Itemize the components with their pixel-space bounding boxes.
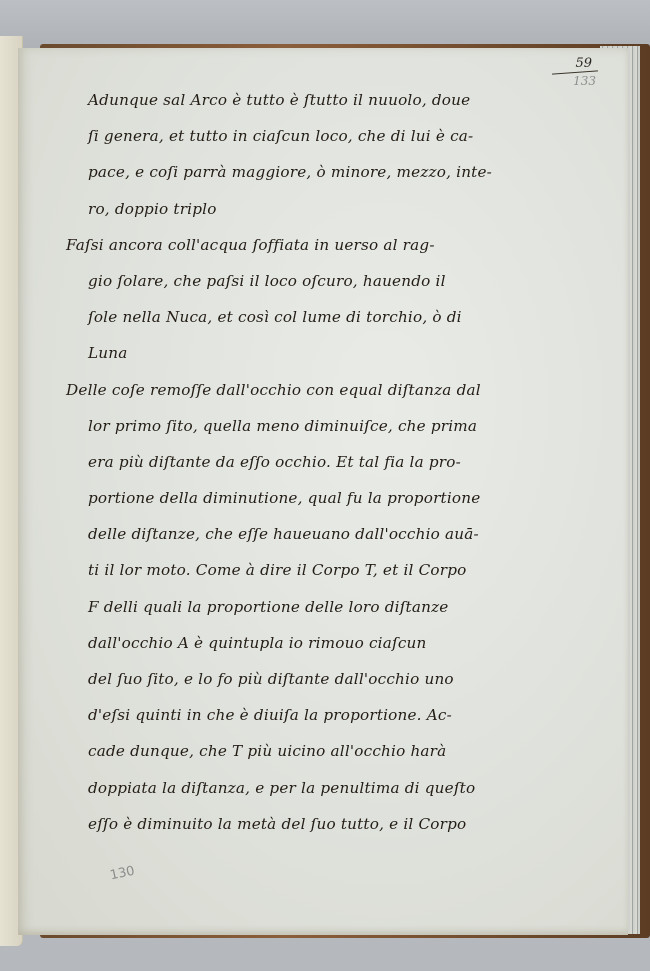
text-line: era più diſtante da eſſo occhio. Et tal …	[66, 444, 516, 480]
text-line: lor primo ſito, quella meno diminuiſce, …	[66, 408, 516, 444]
text-line: cade dunque, che T più uicino all'occhio…	[66, 733, 516, 769]
text-line: eſſo è diminuito la metà del ſuo tutto, …	[66, 806, 516, 842]
text-line: delle diſtanze, che eſſe haueuano dall'o…	[66, 516, 516, 552]
text-line: Adunque sal Arco è tutto è ſtutto il nuu…	[66, 82, 516, 118]
text-line: pace, e coſi parrà maggiore, ò minore, m…	[66, 154, 516, 190]
text-line: ro, doppio triplo	[66, 191, 516, 227]
manuscript-text: Adunque sal Arco è tutto è ſtutto il nuu…	[66, 82, 516, 842]
text-line: d'eſsi quinti in che è diuiſa la proport…	[66, 697, 516, 733]
text-line: dall'occhio A è quintupla io rimouo ciaſ…	[66, 625, 516, 661]
text-line: doppiata la diſtanza, e per la penultima…	[66, 770, 516, 806]
text-line: ti il lor moto. Come à dire il Corpo T, …	[66, 552, 516, 588]
paragraph-start-line: Delle coſe remoſſe dall'occhio con equal…	[66, 372, 516, 408]
text-line: ſi genera, et tutto in ciaſcun loco, che…	[66, 118, 516, 154]
text-line: gio ſolare, che paſsi il loco oſcuro, ha…	[66, 263, 516, 299]
text-line: Luna	[66, 335, 516, 371]
folio-old: 133	[552, 74, 598, 88]
text-line: F delli quali la proportione delle loro …	[66, 589, 516, 625]
text-line: ſole nella Nuca, et così col lume di tor…	[66, 299, 516, 335]
background-top	[0, 0, 650, 50]
background-bottom	[0, 935, 650, 971]
paragraph-start-line: Faſsi ancora coll'acqua ſoffiata in uers…	[66, 227, 516, 263]
text-line: del ſuo ſito, e lo fo più diſtante dall'…	[66, 661, 516, 697]
folio-current: 59	[552, 56, 598, 71]
folio-number: 59 133	[552, 56, 598, 88]
text-line: portione della diminutione, qual fu la p…	[66, 480, 516, 516]
